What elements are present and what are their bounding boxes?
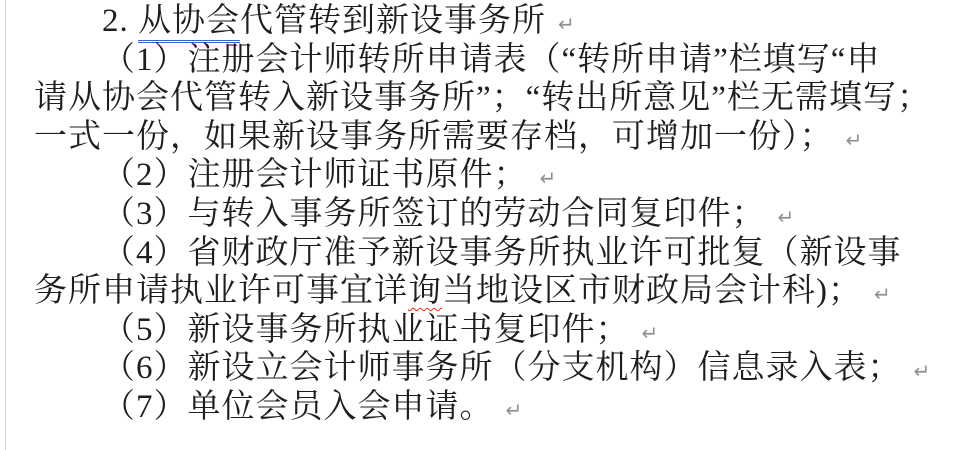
- list-item-5-line: （5）新设事务所执业证书复印件；↵: [34, 311, 954, 350]
- list-item-text: 一式一份，如果新设事务所需要存档，可增加一份）；: [34, 119, 834, 155]
- heading-underlined-text: 从协会: [138, 3, 240, 43]
- list-item-text: 当地设区市财政局会计科)；: [442, 273, 862, 309]
- list-item-text: （6）新设立会计师事务所（分支机构）信息录入表；: [102, 350, 902, 386]
- list-item-4-line-2: 务所申请执业许可事宜详询当地设区市财政局会计科)；↵: [34, 272, 954, 311]
- paragraph-mark-icon: ↵: [874, 282, 891, 306]
- list-item-4-line-1: （4）省财政厅准予新设事务所执业许可批复（新设事: [34, 234, 954, 273]
- list-item-6-line: （6）新设立会计师事务所（分支机构）信息录入表；↵: [34, 349, 954, 388]
- list-item-text: （4）省财政厅准予新设事务所执业许可批复（新设事: [102, 235, 902, 271]
- list-item-1-line-2: 请从协会代管转入新设事务所”；“转出所意见”栏无需填写；: [34, 79, 954, 118]
- paragraph-mark-icon: ↵: [914, 359, 931, 383]
- list-item-text: （1）注册会计师转所申请表（“转所申请”栏填写“申: [102, 42, 880, 78]
- heading-number: 2.: [102, 3, 138, 39]
- paragraph-mark-icon: ↵: [540, 166, 557, 190]
- text-boundary-line: [5, 0, 6, 450]
- list-item-text: 务所申请执业许可事宜详: [34, 273, 408, 309]
- paragraph-mark-icon: ↵: [778, 205, 795, 229]
- paragraph-mark-icon: ↵: [506, 398, 523, 422]
- list-item-7-line: （7）单位会员入会申请。↵: [34, 388, 954, 427]
- heading-line: 2. 从协会代管转到新设事务所↵: [34, 2, 954, 41]
- list-item-text: （2）注册会计师证书原件；: [102, 157, 528, 193]
- paragraph-mark-icon: ↵: [642, 321, 659, 345]
- spellcheck-flagged-text: 询: [408, 273, 442, 309]
- heading-text: 代管转到新设事务所: [240, 3, 546, 39]
- list-item-2-line: （2）注册会计师证书原件；↵: [34, 156, 954, 195]
- list-item-1-line-3: 一式一份，如果新设事务所需要存档，可增加一份）；↵: [34, 118, 954, 157]
- document-text-block: 2. 从协会代管转到新设事务所↵ （1）注册会计师转所申请表（“转所申请”栏填写…: [34, 2, 954, 427]
- list-item-text: （5）新设事务所执业证书复印件；: [102, 312, 630, 348]
- list-item-1-line-1: （1）注册会计师转所申请表（“转所申请”栏填写“申: [34, 41, 954, 80]
- paragraph-mark-icon: ↵: [558, 12, 575, 36]
- list-item-3-line: （3）与转入事务所签订的劳动合同复印件；↵: [34, 195, 954, 234]
- list-item-text: 请从协会代管转入新设事务所”；“转出所意见”栏无需填写；: [34, 80, 931, 116]
- paragraph-mark-icon: ↵: [846, 128, 863, 152]
- list-item-text: （7）单位会员入会申请。: [102, 389, 494, 425]
- list-item-text: （3）与转入事务所签订的劳动合同复印件；: [102, 196, 766, 232]
